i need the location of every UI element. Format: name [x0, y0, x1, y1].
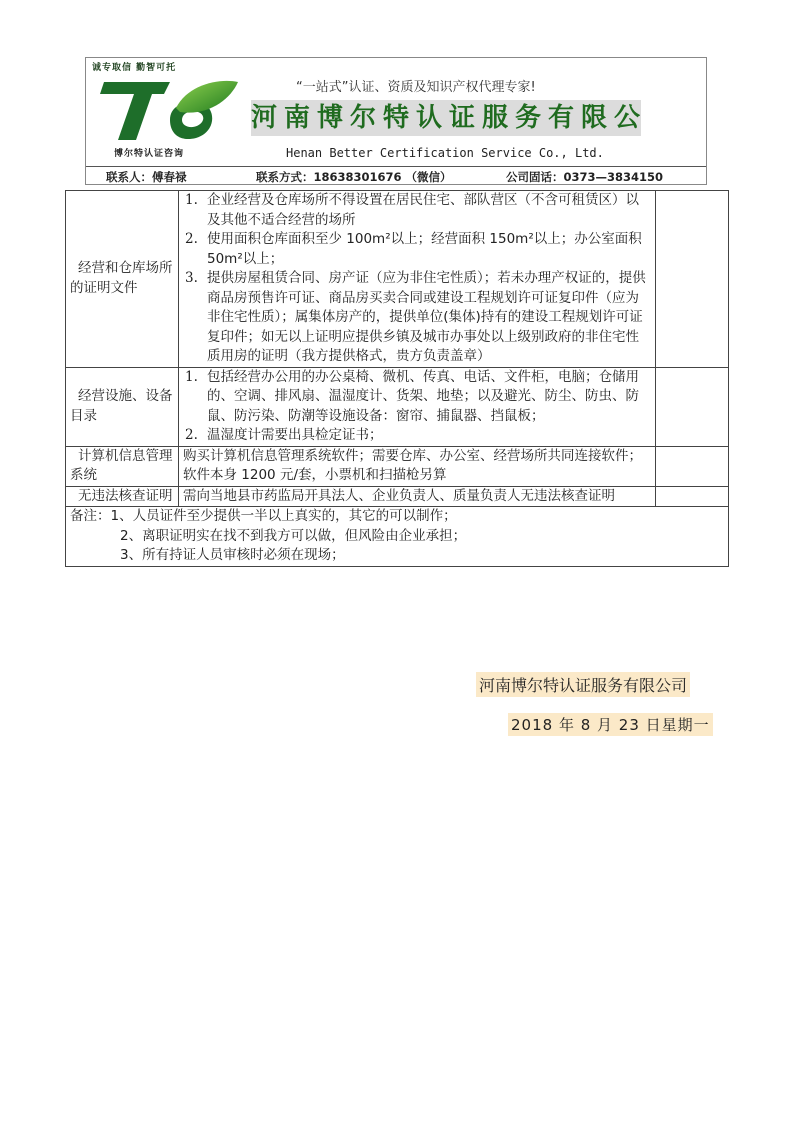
signature-company: 河南博尔特认证服务有限公司: [476, 672, 690, 697]
logo-76-leaf-icon: [92, 60, 242, 160]
note-line: 备注：1、人员证件至少提供一半以上真实的，其它的可以制作；: [70, 507, 724, 527]
contact-phone: 联系方式：18638301676 （微信）: [256, 169, 452, 185]
table-row: 经营设施、设备目录 包括经营办公用的办公桌椅、微机、传真、电话、文件柜，电脑；仓…: [66, 367, 729, 446]
note-line: 2、离职证明实在找不到我方可以做，但风险由企业承担；: [70, 527, 724, 547]
row-label: 经营设施、设备目录: [66, 367, 179, 446]
company-motto: 诚专取信 勤智可托: [92, 60, 176, 73]
contact-row: 联系人：傅春禄 联系方式：18638301676 （微信） 公司固话：0373—…: [86, 167, 706, 185]
requirements-table: 经营和仓库场所的证明文件 企业经营及仓库场所不得设置在居民住宅、部队营区（不含可…: [65, 190, 729, 567]
table-row: 无违法核查证明 需向当地县市药监局开具法人、企业负责人、质量负责人无违法核查证明: [66, 486, 729, 507]
list-item: 提供房屋租赁合同、房产证（应为非住宅性质）；若未办理产权证的，提供商品房预售许可…: [207, 269, 651, 367]
notes-prefix: 备注：: [70, 508, 111, 524]
row-extra-cell: [656, 486, 729, 507]
row-extra-cell: [656, 446, 729, 486]
row-label-text: 计算机信息管理系统: [70, 447, 174, 486]
item-list: 企业经营及仓库场所不得设置在居民住宅、部队营区（不含可租赁区）以及其他不适合经营…: [183, 191, 651, 367]
row-content: 需向当地县市药监局开具法人、企业负责人、质量负责人无违法核查证明: [179, 486, 656, 507]
signature-date: 2018 年 8 月 23 日星期一: [508, 713, 713, 736]
company-name-en: Henan Better Certification Service Co., …: [286, 146, 604, 160]
note-line: 3、所有持证人员审核时必须在现场；: [70, 546, 724, 566]
letterhead-top: 诚专取信 勤智可托 博尔特认证咨询 “一站式”认证、资质及知识产权代理专家! 河…: [86, 58, 706, 167]
row-label: 无违法核查证明: [66, 486, 179, 507]
table-row: 计算机信息管理系统 购买计算机信息管理系统软件；需要仓库、办公室、经营场所共同连…: [66, 446, 729, 486]
logo-subtitle: 博尔特认证咨询: [114, 146, 184, 159]
contact-person: 联系人：傅春禄: [106, 169, 187, 185]
company-logo: [92, 60, 242, 160]
row-extra-cell: [656, 367, 729, 446]
notes-cell: 备注：1、人员证件至少提供一半以上真实的，其它的可以制作； 2、离职证明实在找不…: [66, 507, 729, 567]
company-name-cn: 河南博尔特认证服务有限公司: [251, 100, 641, 136]
list-item: 企业经营及仓库场所不得设置在居民住宅、部队营区（不含可租赁区）以及其他不适合经营…: [207, 191, 651, 230]
row-label: 计算机信息管理系统: [66, 446, 179, 486]
table-row: 经营和仓库场所的证明文件 企业经营及仓库场所不得设置在居民住宅、部队营区（不含可…: [66, 191, 729, 368]
row-label-text: 经营和仓库场所的证明文件: [70, 259, 174, 298]
row-content: 企业经营及仓库场所不得设置在居民住宅、部队营区（不含可租赁区）以及其他不适合经营…: [179, 191, 656, 368]
list-item: 使用面积仓库面积至少 100m²以上；经营面积 150m²以上；办公室面积 50…: [207, 230, 651, 269]
letterhead-banner: 诚专取信 勤智可托 博尔特认证咨询 “一站式”认证、资质及知识产权代理专家! 河…: [85, 57, 707, 185]
list-item: 包括经营办公用的办公桌椅、微机、传真、电话、文件柜，电脑；仓储用的、空调、排风扇…: [207, 368, 651, 427]
row-content: 包括经营办公用的办公桌椅、微机、传真、电话、文件柜，电脑；仓储用的、空调、排风扇…: [179, 367, 656, 446]
note-text: 1、人员证件至少提供一半以上真实的，其它的可以制作；: [111, 508, 457, 524]
row-label-text: 无违法核查证明: [70, 487, 174, 507]
notes-row: 备注：1、人员证件至少提供一半以上真实的，其它的可以制作； 2、离职证明实在找不…: [66, 507, 729, 567]
company-slogan: “一站式”认证、资质及知识产权代理专家!: [296, 76, 536, 95]
row-label: 经营和仓库场所的证明文件: [66, 191, 179, 368]
company-tel: 公司固话：0373—3834150: [506, 169, 663, 185]
row-extra-cell: [656, 191, 729, 368]
list-item: 温湿度计需要出具检定证书；: [207, 426, 651, 446]
item-list: 包括经营办公用的办公桌椅、微机、传真、电话、文件柜，电脑；仓储用的、空调、排风扇…: [183, 368, 651, 446]
row-label-text: 经营设施、设备目录: [70, 387, 174, 426]
row-content: 购买计算机信息管理系统软件；需要仓库、办公室、经营场所共同连接软件；软件本身 1…: [179, 446, 656, 486]
